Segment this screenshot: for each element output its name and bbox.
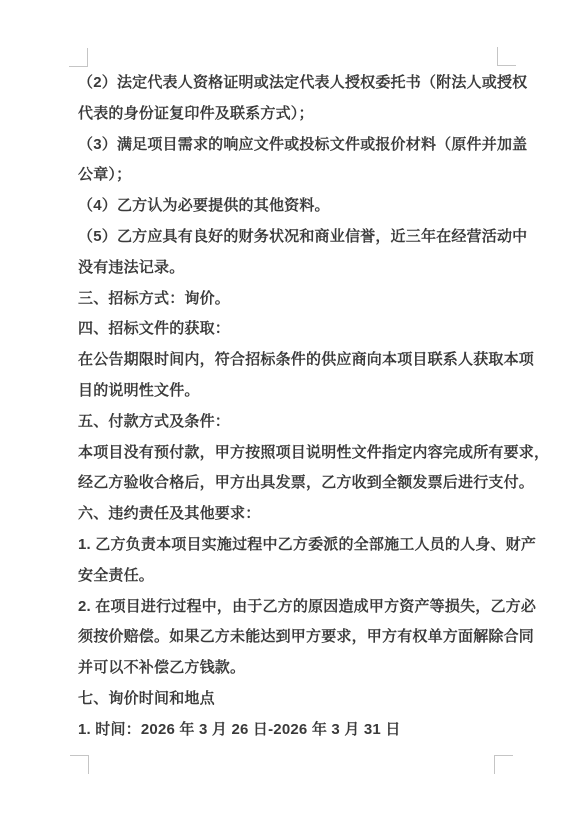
crop-mark-top-left [69, 48, 88, 67]
document-page: （2）法定代表人资格证明或法定代表人授权委托书（附法人或授权代表的身份证复印件及… [0, 0, 582, 825]
text-line: 三、招标方式：询价。 [78, 284, 538, 315]
crop-mark-bottom-left [70, 755, 89, 774]
text-line: （2）法定代表人资格证明或法定代表人授权委托书（附法人或授权 [78, 68, 538, 99]
text-line: 五、付款方式及条件： [78, 407, 538, 438]
section-4-body: 在公告期限时间内，符合招标条件的供应商向本项目联系人获取本项目的说明性文件。 [78, 345, 538, 407]
section-4-heading: 四、招标文件的获取： [78, 314, 538, 345]
text-line: 代表的身份证复印件及联系方式）； [78, 99, 538, 130]
text-line: 公章）； [78, 160, 538, 191]
text-line: 目的说明性文件。 [78, 376, 538, 407]
section-5-body: 本项目没有预付款，甲方按照项目说明性文件指定内容完成所有要求，经乙方验收合格后，… [78, 438, 538, 500]
text-line: 七、询价时间和地点 [78, 684, 538, 715]
text-line: 在公告期限时间内，符合招标条件的供应商向本项目联系人获取本项 [78, 345, 538, 376]
section-6-item-2: 2. 在项目进行过程中，由于乙方的原因造成甲方资产等损失，乙方必须按价赔偿。如果… [78, 592, 538, 684]
text-line: 1. 时间：2026 年 3 月 26 日-2026 年 3 月 31 日 [78, 715, 538, 746]
text-line: （5）乙方应具有良好的财务状况和商业信誉，近三年在经营活动中 [78, 222, 538, 253]
section-3-heading: 三、招标方式：询价。 [78, 284, 538, 315]
text-line: （3）满足项目需求的响应文件或投标文件或报价材料（原件并加盖 [78, 130, 538, 161]
section-5-heading: 五、付款方式及条件： [78, 407, 538, 438]
crop-mark-bottom-right [494, 755, 513, 774]
text-line: 须按价赔偿。如果乙方未能达到甲方要求，甲方有权单方面解除合同 [78, 622, 538, 653]
text-line: 本项目没有预付款，甲方按照项目说明性文件指定内容完成所有要求， [78, 438, 538, 469]
text-line: 六、违约责任及其他要求： [78, 499, 538, 530]
document-body: （2）法定代表人资格证明或法定代表人授权委托书（附法人或授权代表的身份证复印件及… [78, 68, 538, 746]
section-7-item-1: 1. 时间：2026 年 3 月 26 日-2026 年 3 月 31 日 [78, 715, 538, 746]
text-line: 2. 在项目进行过程中，由于乙方的原因造成甲方资产等损失，乙方必 [78, 592, 538, 623]
text-line: （4）乙方认为必要提供的其他资料。 [78, 191, 538, 222]
text-line: 安全责任。 [78, 561, 538, 592]
text-line: 没有违法记录。 [78, 253, 538, 284]
section-6-heading: 六、违约责任及其他要求： [78, 499, 538, 530]
text-line: 四、招标文件的获取： [78, 314, 538, 345]
qualification-item-4: （4）乙方认为必要提供的其他资料。 [78, 191, 538, 222]
section-7-heading: 七、询价时间和地点 [78, 684, 538, 715]
qualification-item-5: （5）乙方应具有良好的财务状况和商业信誉，近三年在经营活动中没有违法记录。 [78, 222, 538, 284]
text-line: 经乙方验收合格后，甲方出具发票，乙方收到全额发票后进行支付。 [78, 468, 538, 499]
section-6-item-1: 1. 乙方负责本项目实施过程中乙方委派的全部施工人员的人身、财产安全责任。 [78, 530, 538, 592]
text-line: 1. 乙方负责本项目实施过程中乙方委派的全部施工人员的人身、财产 [78, 530, 538, 561]
crop-mark-top-right [497, 47, 516, 66]
qualification-item-2: （2）法定代表人资格证明或法定代表人授权委托书（附法人或授权代表的身份证复印件及… [78, 68, 538, 130]
text-line: 并可以不补偿乙方钱款。 [78, 653, 538, 684]
qualification-item-3: （3）满足项目需求的响应文件或投标文件或报价材料（原件并加盖公章）； [78, 130, 538, 192]
